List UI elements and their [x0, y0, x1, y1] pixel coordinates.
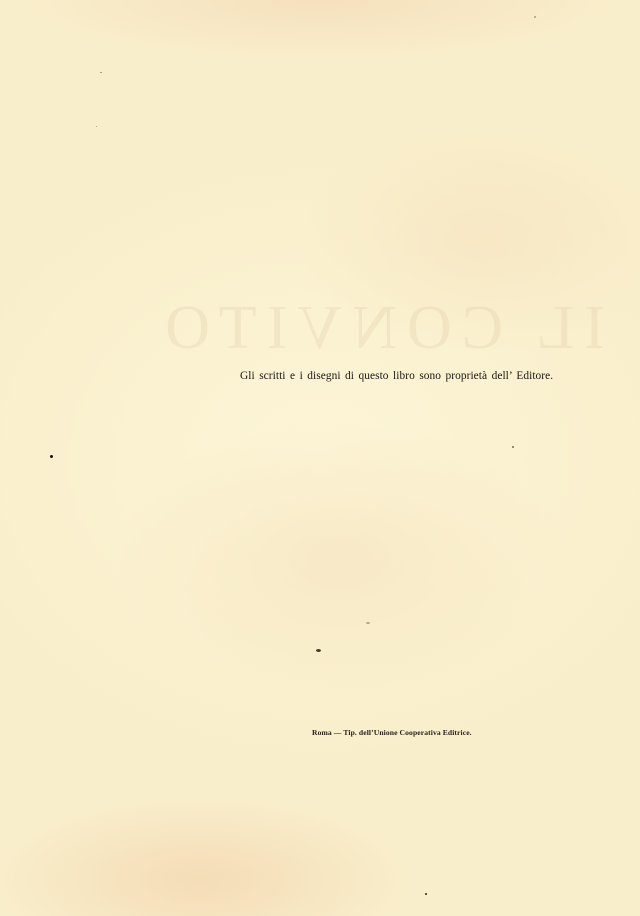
paper-speck: [534, 16, 536, 18]
paper-speck: [50, 455, 53, 458]
paper-speck: [425, 893, 427, 895]
book-page: IL CONVITO Gli scritti e i disegni di qu…: [0, 0, 640, 916]
rights-notice: Gli scritti e i disegni di questo libro …: [240, 370, 540, 382]
paper-speck: [366, 622, 370, 624]
paper-speck: [100, 72, 102, 73]
printer-imprint: Roma — Tip. dell’Unione Cooperativa Edit…: [312, 728, 472, 737]
show-through-title: IL CONVITO: [150, 293, 610, 364]
paper-speck: [316, 649, 321, 652]
paper-speck: [512, 446, 514, 448]
paper-speck: [96, 126, 97, 127]
